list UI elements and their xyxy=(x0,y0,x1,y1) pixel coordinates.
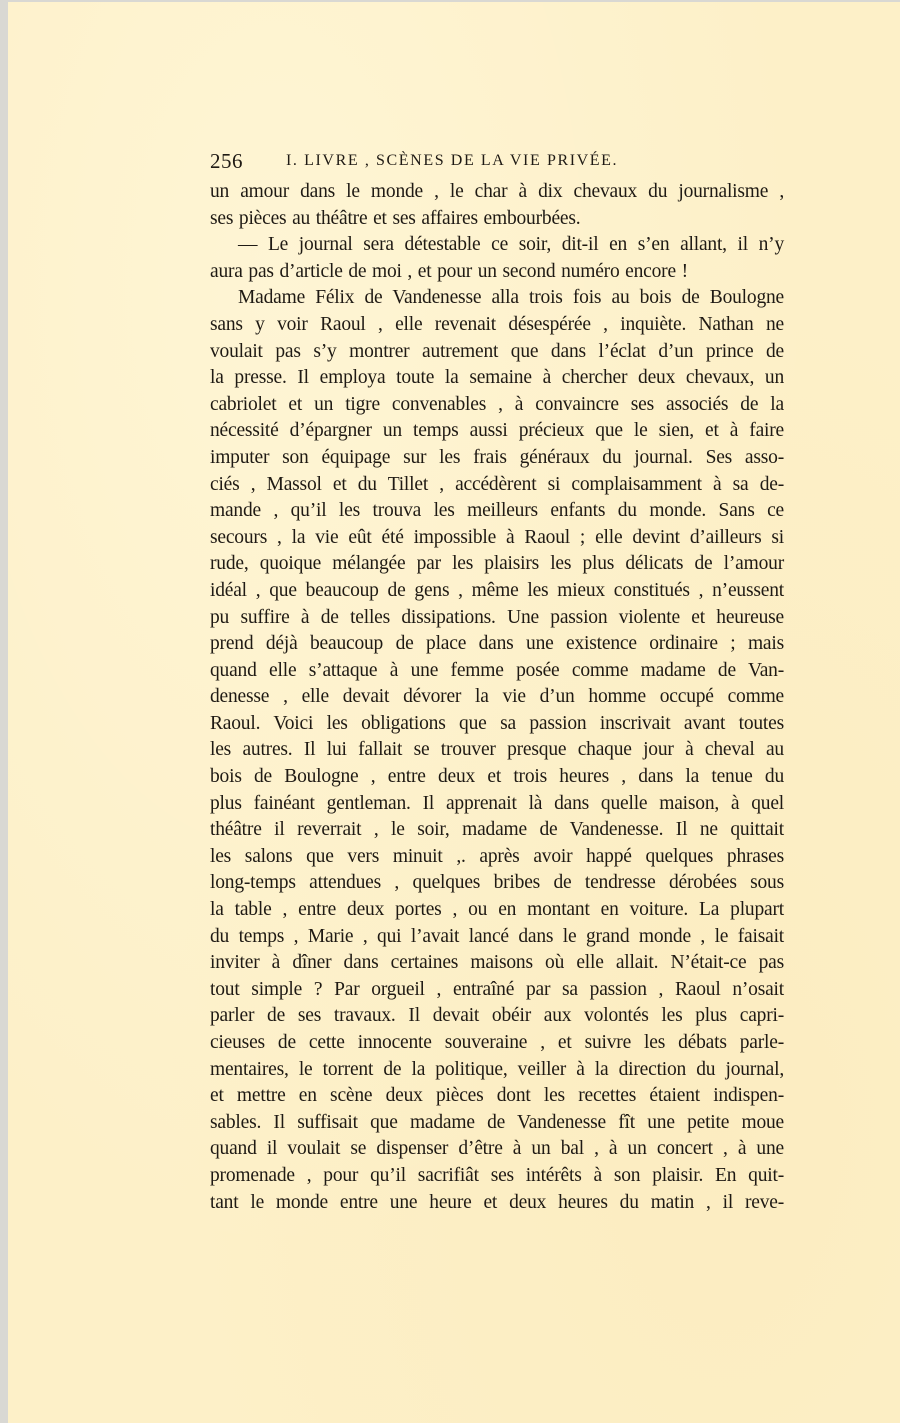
text-line-content: les salons que vers minuit ,. après avoi… xyxy=(210,844,784,871)
body-text: un amour dans le monde , le char à dix c… xyxy=(210,179,784,1216)
text-line-content: mande , qu’il les trouva les meilleurs e… xyxy=(210,498,784,525)
text-line: la table , entre deux portes , ou en mon… xyxy=(210,897,784,924)
text-line-content: imputer son équipage sur les frais génér… xyxy=(210,445,784,472)
text-line: nécessité d’épargner un temps aussi préc… xyxy=(210,418,784,445)
text-line-content: les autres. Il lui fallait se trouver pr… xyxy=(210,737,784,764)
text-line: mentaires, le torrent de la politique, v… xyxy=(210,1057,784,1084)
text-line: Raoul. Voici les obligations que sa pass… xyxy=(210,711,784,738)
text-line: la presse. Il employa toute la semaine à… xyxy=(210,365,784,392)
text-line: plus fainéant gentleman. Il apprenait là… xyxy=(210,791,784,818)
text-line: tant le monde entre une heure et deux he… xyxy=(210,1190,784,1217)
text-line: et mettre en scène deux pièces dont les … xyxy=(210,1083,784,1110)
text-line: tout simple ? Par orgueil , entraîné par… xyxy=(210,977,784,1004)
text-line-content: inviter à dîner dans certaines maisons o… xyxy=(210,950,784,977)
text-line: bois de Boulogne , entre deux et trois h… xyxy=(210,764,784,791)
text-block: 256 I. LIVRE , SCÈNES DE LA VIE PRIVÉE. … xyxy=(210,146,784,1216)
text-line-content: denesse , elle devait dévorer la vie d’u… xyxy=(210,684,784,711)
text-line: théâtre il reverrait , le soir, madame d… xyxy=(210,817,784,844)
text-line: imputer son équipage sur les frais génér… xyxy=(210,445,784,472)
running-head: 256 I. LIVRE , SCÈNES DE LA VIE PRIVÉE. xyxy=(210,146,784,176)
text-line: promenade , pour qu’il sacrifiât ses int… xyxy=(210,1163,784,1190)
text-line: Madame Félix de Vandenesse alla trois fo… xyxy=(210,285,784,312)
text-line: aura pas d’article de moi , et pour un s… xyxy=(210,259,784,286)
text-line: voulait pas s’y montrer autrement que da… xyxy=(210,339,784,366)
text-line-content: sables. Il suffisait que madame de Vande… xyxy=(210,1110,784,1137)
text-line: idéal , que beaucoup de gens , même les … xyxy=(210,578,784,605)
text-line-content: la table , entre deux portes , ou en mon… xyxy=(210,897,784,924)
text-line: un amour dans le monde , le char à dix c… xyxy=(210,179,784,206)
text-line-content: quand il voulait se dispenser d’être à u… xyxy=(210,1136,784,1163)
text-line: sables. Il suffisait que madame de Vande… xyxy=(210,1110,784,1137)
book-page: 256 I. LIVRE , SCÈNES DE LA VIE PRIVÉE. … xyxy=(8,2,900,1423)
text-line-content: prend déjà beaucoup de place dans une ex… xyxy=(210,631,784,658)
text-line: quand il voulait se dispenser d’être à u… xyxy=(210,1136,784,1163)
text-line-content: théâtre il reverrait , le soir, madame d… xyxy=(210,817,784,844)
text-line-content: Raoul. Voici les obligations que sa pass… xyxy=(210,711,784,738)
text-line: long-temps attendues , quelques bribes d… xyxy=(210,870,784,897)
text-line: quand elle s’attaque à une femme posée c… xyxy=(210,658,784,685)
text-line-content: et mettre en scène deux pièces dont les … xyxy=(210,1083,784,1110)
text-line-content: long-temps attendues , quelques bribes d… xyxy=(210,870,784,897)
text-line: mande , qu’il les trouva les meilleurs e… xyxy=(210,498,784,525)
text-line: rude, quoique mélangée par les plaisirs … xyxy=(210,551,784,578)
text-line-content: bois de Boulogne , entre deux et trois h… xyxy=(210,764,784,791)
text-line: cieuses de cette innocente souveraine , … xyxy=(210,1030,784,1057)
text-line-content: promenade , pour qu’il sacrifiât ses int… xyxy=(210,1163,784,1190)
text-line: ciés , Massol et du Tillet , accédèrent … xyxy=(210,472,784,499)
text-line: denesse , elle devait dévorer la vie d’u… xyxy=(210,684,784,711)
text-line-content: quand elle s’attaque à une femme posée c… xyxy=(210,658,784,685)
text-line-content: tout simple ? Par orgueil , entraîné par… xyxy=(210,977,784,1004)
text-line: cabriolet et un tigre convenables , à co… xyxy=(210,392,784,419)
text-line-content: sans y voir Raoul , elle revenait désesp… xyxy=(210,312,784,339)
text-line-content: mentaires, le torrent de la politique, v… xyxy=(210,1057,784,1084)
text-line-content: tant le monde entre une heure et deux he… xyxy=(210,1190,784,1217)
text-line-content: du temps , Marie , qui l’avait lancé dan… xyxy=(210,924,784,951)
text-line-content: la presse. Il employa toute la semaine à… xyxy=(210,365,784,392)
text-line-content: ses pièces au théâtre et ses affaires em… xyxy=(210,206,784,233)
running-head-title: I. LIVRE , SCÈNES DE LA VIE PRIVÉE. xyxy=(286,146,618,176)
text-line-content: — Le journal sera détestable ce soir, di… xyxy=(238,232,784,259)
text-line-content: cabriolet et un tigre convenables , à co… xyxy=(210,392,784,419)
text-line-content: idéal , que beaucoup de gens , même les … xyxy=(210,578,784,605)
text-line-content: voulait pas s’y montrer autrement que da… xyxy=(210,339,784,366)
text-line: secours , la vie eût été impossible à Ra… xyxy=(210,525,784,552)
text-line-content: rude, quoique mélangée par les plaisirs … xyxy=(210,551,784,578)
text-line: du temps , Marie , qui l’avait lancé dan… xyxy=(210,924,784,951)
text-line: pu suffire à de telles dissipations. Une… xyxy=(210,605,784,632)
text-line-content: un amour dans le monde , le char à dix c… xyxy=(210,179,784,206)
text-line: inviter à dîner dans certaines maisons o… xyxy=(210,950,784,977)
text-line-content: parler de ses travaux. Il devait obéir a… xyxy=(210,1003,784,1030)
text-line: prend déjà beaucoup de place dans une ex… xyxy=(210,631,784,658)
text-line-content: secours , la vie eût été impossible à Ra… xyxy=(210,525,784,552)
text-line-content: aura pas d’article de moi , et pour un s… xyxy=(210,259,784,286)
text-line-content: cieuses de cette innocente souveraine , … xyxy=(210,1030,784,1057)
text-line-content: pu suffire à de telles dissipations. Une… xyxy=(210,605,784,632)
text-line: — Le journal sera détestable ce soir, di… xyxy=(210,232,784,259)
text-line-content: Madame Félix de Vandenesse alla trois fo… xyxy=(238,285,784,312)
text-line-content: plus fainéant gentleman. Il apprenait là… xyxy=(210,791,784,818)
text-line: les salons que vers minuit ,. après avoi… xyxy=(210,844,784,871)
text-line: sans y voir Raoul , elle revenait désesp… xyxy=(210,312,784,339)
text-line: ses pièces au théâtre et ses affaires em… xyxy=(210,206,784,233)
text-line-content: ciés , Massol et du Tillet , accédèrent … xyxy=(210,472,784,499)
text-line: parler de ses travaux. Il devait obéir a… xyxy=(210,1003,784,1030)
page-number: 256 xyxy=(210,146,243,176)
text-line-content: nécessité d’épargner un temps aussi préc… xyxy=(210,418,784,445)
text-line: les autres. Il lui fallait se trouver pr… xyxy=(210,737,784,764)
